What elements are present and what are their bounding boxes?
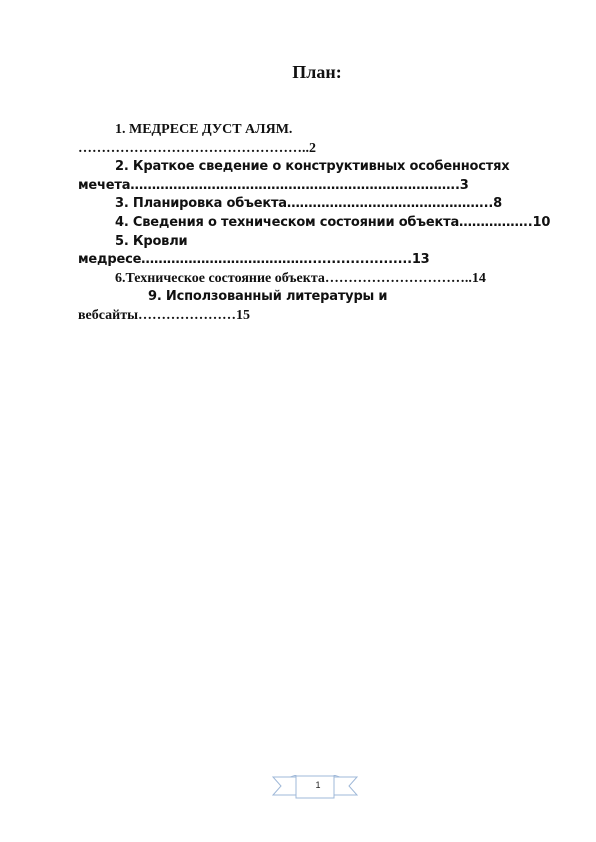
toc-entry-9: 9. Исползованный литературы и <box>78 288 558 307</box>
toc-entry-6: 6.Техническое состояние объекта………………………… <box>78 270 558 289</box>
table-of-contents: 1. МЕДРЕСЕ ДУСТ АЛЯМ. …………………………………………..… <box>78 121 558 326</box>
toc-entry-5: 5. Кровли <box>78 233 558 252</box>
page-title: План: <box>0 62 596 83</box>
toc-entry-3: 3. Планировка объекта………………………………………...8 <box>78 195 558 214</box>
toc-entry-4: 4. Сведения о техническом состоянии объе… <box>78 214 558 233</box>
toc-entry-2: 2. Краткое сведение о конструктивных осо… <box>78 158 558 177</box>
page-number: 1 <box>296 780 340 790</box>
page-number-ribbon: 1 <box>272 775 358 799</box>
toc-entry-2-leader: мечета…………………………………………………………………..3 <box>78 177 558 196</box>
toc-entry-5-leader: медресе…………………………………....................… <box>78 251 558 270</box>
toc-entry-1: 1. МЕДРЕСЕ ДУСТ АЛЯМ. <box>78 121 558 140</box>
toc-entry-1-leader: …………………………………………..2 <box>78 140 558 159</box>
toc-entry-9-leader: вебсайты…………………15 <box>78 307 558 326</box>
